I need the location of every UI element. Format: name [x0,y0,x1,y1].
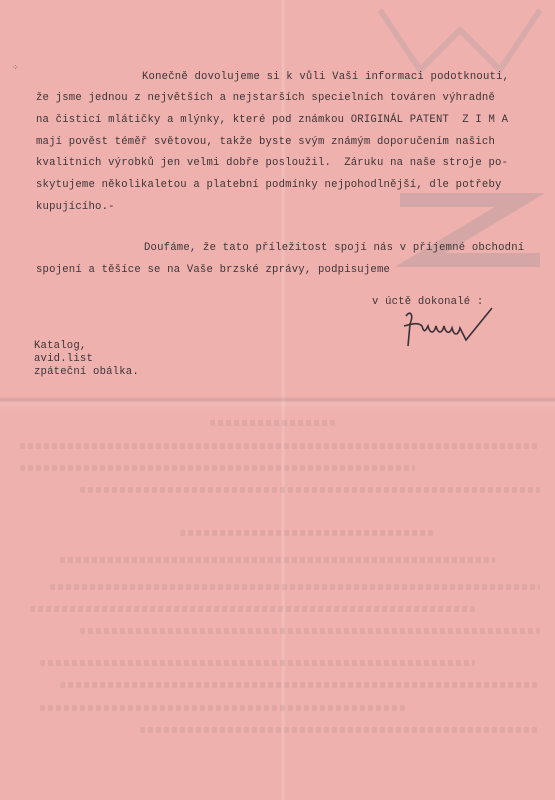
body-line-7: kupujícího.- [36,201,115,214]
enclosure-2: avid.list [34,353,93,366]
punch-mark: ⁘ [12,63,19,73]
show-through-line [80,487,540,493]
body-line-6: skytujeme několikaletou a platební podmí… [36,179,502,192]
show-through-line [50,584,540,590]
handwritten-signature [400,306,500,356]
show-through-line [140,727,540,733]
show-through-line [20,443,540,449]
closing-line-1: Doufáme, že tato příležitost spojí nás v… [144,242,524,255]
closing-line-2: spojení a těšíce se na Vaše brzské zpráv… [36,264,390,277]
body-line-3: na čisticí mlátičky a mlýnky, které pod … [36,114,508,127]
enclosure-1: Katalog, [34,340,86,353]
body-line-2: že jsme jednou z největších a nejstaršíc… [36,92,495,105]
show-through-line [80,628,540,634]
enclosure-3: zpáteční obálka. [34,366,139,379]
show-through-line [20,465,415,471]
show-through-line [40,705,405,711]
body-line-1: Konečně dovolujeme si k vůli Vaší inform… [142,71,509,84]
show-through-line [60,557,495,563]
body-line-5: kvalitních výrobků jen velmi dobře poslo… [36,157,508,170]
show-through-line [40,660,475,666]
body-line-4: mají pověst téměř světovou, takže byste … [36,136,495,149]
show-through-line [60,682,540,688]
show-through-line [210,420,335,426]
letter-page: ⁘ Konečně dovolujeme si k vůli Vaší info… [0,0,555,800]
show-through-line [180,530,435,536]
show-through-line [30,606,475,612]
